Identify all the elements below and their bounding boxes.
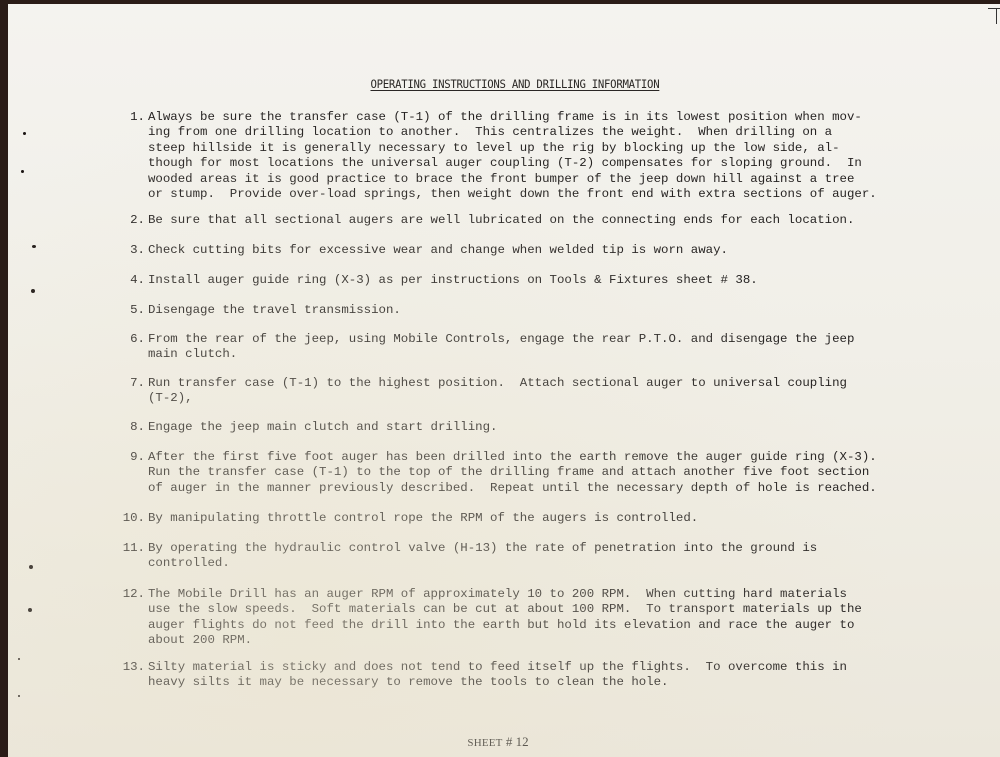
margin-dot-icon	[18, 695, 20, 697]
item-text-line: Install auger guide ring (X-3) as per in…	[148, 273, 908, 288]
crop-mark-icon	[986, 4, 1000, 24]
item-text-line: heavy silts it may be necessary to remov…	[148, 675, 908, 690]
item-text: Silty material is sticky and does not te…	[148, 660, 908, 691]
item-text-line: main clutch.	[148, 347, 908, 362]
item-text-line: The Mobile Drill has an auger RPM of app…	[148, 587, 908, 602]
margin-dot-icon	[32, 245, 36, 248]
item-text: Check cutting bits for excessive wear an…	[148, 243, 908, 258]
item-text-line: Run transfer case (T-1) to the highest p…	[148, 376, 908, 391]
item-number: 7.	[111, 376, 145, 391]
item-text-line: Be sure that all sectional augers are we…	[148, 213, 908, 228]
item-text: By operating the hydraulic control valve…	[148, 541, 908, 572]
item-text: Engage the jeep main clutch and start dr…	[148, 420, 908, 435]
item-text: Be sure that all sectional augers are we…	[148, 213, 908, 228]
item-text-line: about 200 RPM.	[148, 633, 908, 648]
item-text: Run transfer case (T-1) to the highest p…	[148, 376, 908, 407]
item-text-line: Silty material is sticky and does not te…	[148, 660, 908, 675]
item-text-line: By operating the hydraulic control valve…	[148, 541, 908, 556]
item-text-line: (T-2),	[148, 391, 908, 406]
item-text-line: Check cutting bits for excessive wear an…	[148, 243, 908, 258]
margin-dot-icon	[31, 289, 35, 293]
item-number: 3.	[111, 243, 145, 258]
item-text: The Mobile Drill has an auger RPM of app…	[148, 587, 908, 649]
margin-dot-icon	[21, 170, 24, 173]
item-number: 10.	[111, 511, 145, 526]
sheet-hash-symbol: #	[506, 734, 513, 749]
item-text-line: steep hillside it is generally necessary…	[148, 141, 908, 156]
item-text-line: Run the transfer case (T-1) to the top o…	[148, 465, 908, 480]
item-text-line: use the slow speeds. Soft materials can …	[148, 602, 908, 617]
item-text-line: After the first five foot auger has been…	[148, 450, 908, 465]
item-number: 6.	[111, 332, 145, 347]
margin-dot-icon	[28, 608, 32, 612]
item-text-line: From the rear of the jeep, using Mobile …	[148, 332, 908, 347]
item-text-line: auger flights do not feed the drill into…	[148, 618, 908, 633]
item-number: 2.	[111, 213, 145, 228]
item-number: 12.	[111, 587, 145, 602]
item-text: Install auger guide ring (X-3) as per in…	[148, 273, 908, 288]
sheet-label: SHEET	[467, 737, 502, 749]
item-text: Always be sure the transfer case (T-1) o…	[148, 110, 908, 202]
item-text-line: wooded areas it is good practice to brac…	[148, 172, 908, 187]
document-title: OPERATING INSTRUCTIONS AND DRILLING INFO…	[48, 77, 981, 92]
item-text: By manipulating throttle control rope th…	[148, 511, 908, 526]
item-number: 9.	[111, 450, 145, 465]
document-page: OPERATING INSTRUCTIONS AND DRILLING INFO…	[8, 4, 1000, 757]
item-text-line: of auger in the manner previously descri…	[148, 481, 908, 496]
item-text-line: or stump. Provide over-load springs, the…	[148, 187, 908, 202]
item-text-line: Disengage the travel transmission.	[148, 303, 908, 318]
item-text: From the rear of the jeep, using Mobile …	[148, 332, 908, 363]
item-number: 11.	[111, 541, 145, 556]
item-text: Disengage the travel transmission.	[148, 303, 908, 318]
margin-dot-icon	[18, 658, 20, 660]
item-text-line: Always be sure the transfer case (T-1) o…	[148, 110, 908, 125]
item-number: 4.	[111, 273, 145, 288]
sheet-number: 12	[516, 734, 529, 749]
item-number: 5.	[111, 303, 145, 318]
margin-dot-icon	[23, 132, 26, 135]
item-number: 8.	[111, 420, 145, 435]
sheet-footer: SHEET # 12	[8, 734, 988, 751]
margin-dot-icon	[29, 565, 33, 569]
item-text-line: though for most locations the universal …	[148, 156, 908, 171]
item-text: After the first five foot auger has been…	[148, 450, 908, 496]
item-number: 1.	[111, 110, 145, 125]
item-text-line: controlled.	[148, 556, 908, 571]
item-text-line: Engage the jeep main clutch and start dr…	[148, 420, 908, 435]
item-number: 13.	[111, 660, 145, 675]
item-text-line: By manipulating throttle control rope th…	[148, 511, 908, 526]
item-text-line: ing from one drilling location to anothe…	[148, 125, 908, 140]
